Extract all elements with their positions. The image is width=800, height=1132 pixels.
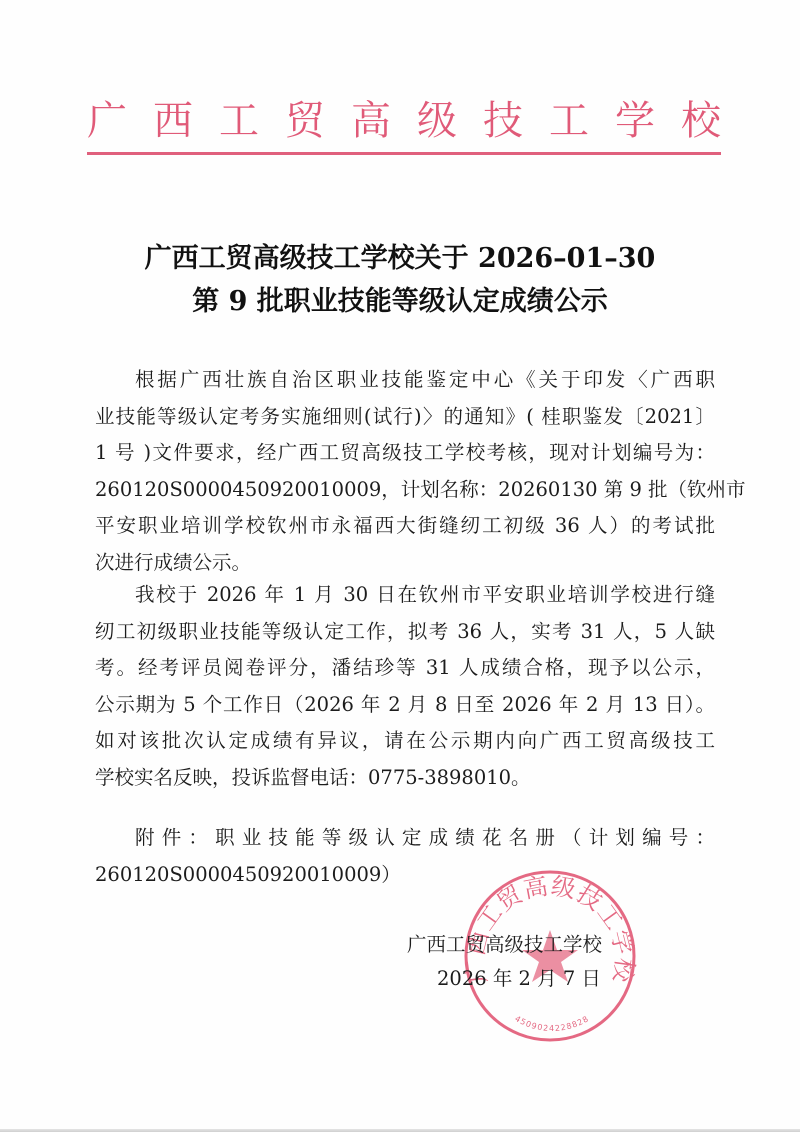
letterhead-char: 高 xyxy=(351,96,391,146)
letterhead-char: 广 xyxy=(87,96,127,146)
text-line: 业技能等级认定考务实施细则(试行)〉的通知》( 桂职鉴发〔2021〕 xyxy=(95,399,715,436)
letterhead-char: 贸 xyxy=(285,96,325,146)
text-line: 附件：职业技能等级认定成绩花名册（计划编号： xyxy=(95,820,715,857)
text-line: 平安职业培训学校钦州市永福西大街缝纫工初级 36 人）的考试批 xyxy=(95,508,715,545)
text-line: 次进行成绩公示。 xyxy=(95,545,715,582)
letterhead-char: 校 xyxy=(681,96,721,146)
letterhead-char: 级 xyxy=(417,96,457,146)
seal-code: 4509024228828 xyxy=(513,1014,590,1033)
text-line: 纫工初级职业技能等级认定工作，拟考 36 人，实考 31 人，5 人缺 xyxy=(95,614,715,651)
letterhead-char: 技 xyxy=(483,96,523,146)
paragraph-basis: 根据广西壮族自治区职业技能鉴定中心《关于印发〈广西职 业技能等级认定考务实施细则… xyxy=(95,362,715,581)
letterhead-char: 西 xyxy=(153,96,193,146)
document-title-line-2: 第 9 批职业技能等级认定成绩公示 xyxy=(0,283,800,321)
signature-organization: 广西工贸高级技工学校 xyxy=(407,929,602,957)
text-line: 我校于 2026 年 1 月 30 日在钦州市平安职业培训学校进行缝 xyxy=(95,577,715,614)
text-line: 学校实名反映，投诉监督电话：0775-3898010。 xyxy=(95,760,715,797)
text-line: 考。经考评员阅卷评分，潘结珍等 31 人成绩合格，现予以公示， xyxy=(95,650,715,687)
document-title-line-1: 广西工贸高级技工学校关于 2026–01–30 xyxy=(0,240,800,278)
document-page: 广 西 工 贸 高 级 技 工 学 校 广西工贸高级技工学校关于 2026–01… xyxy=(0,0,800,1132)
text-line: 公示期为 5 个工作日（2026 年 2 月 8 日至 2026 年 2 月 1… xyxy=(95,687,715,724)
letterhead-char: 学 xyxy=(615,96,655,146)
letterhead-char: 工 xyxy=(549,96,589,146)
text-line: 如对该批次认定成绩有异议，请在公示期内向广西工贸高级技工 xyxy=(95,723,715,760)
text-line: 1 号 )文件要求，经广西工贸高级技工学校考核，现对计划编号为： xyxy=(95,435,715,472)
text-line: 根据广西壮族自治区职业技能鉴定中心《关于印发〈广西职 xyxy=(95,362,715,399)
letterhead: 广 西 工 贸 高 级 技 工 学 校 xyxy=(87,96,721,146)
letterhead-divider xyxy=(87,152,721,155)
signature-date: 2026 年 2 月 7 日 xyxy=(437,963,601,991)
text-line: 260120S0000450920010009，计划名称：20260130 第 … xyxy=(95,472,715,509)
paragraph-results: 我校于 2026 年 1 月 30 日在钦州市平安职业培训学校进行缝 纫工初级职… xyxy=(95,577,715,796)
svg-text:4509024228828: 4509024228828 xyxy=(513,1014,590,1033)
letterhead-char: 工 xyxy=(219,96,259,146)
